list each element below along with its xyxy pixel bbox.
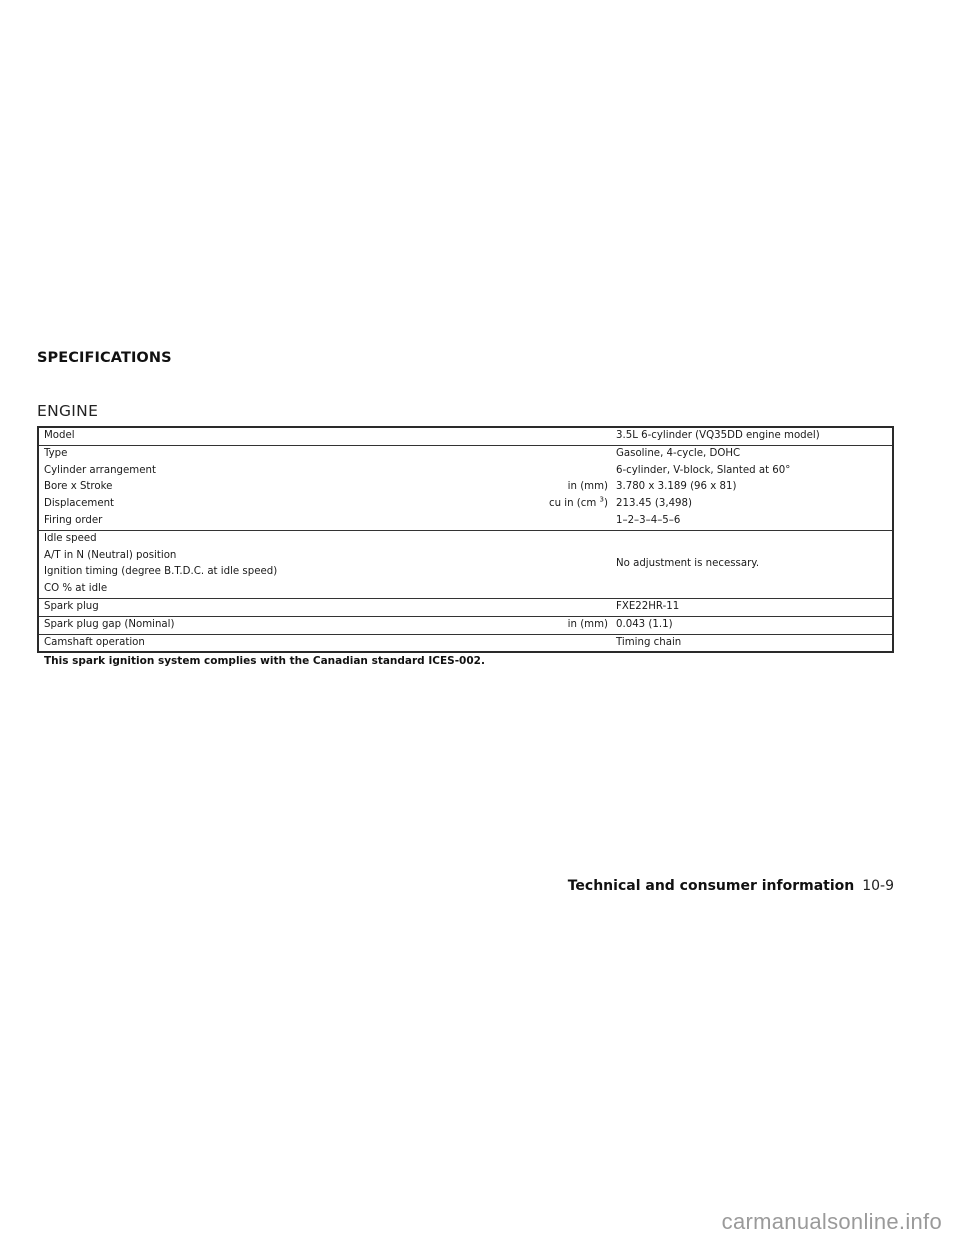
row-label: Spark plug gap (Nominal) — [38, 616, 484, 634]
row-label-idle-speed: Idle speed — [44, 531, 480, 548]
row-unit: in (mm) — [484, 616, 612, 634]
unit-text: ) — [604, 498, 608, 509]
row-value: 0.043 (1.1) — [612, 616, 893, 634]
row-value-firing: 1–2–3–4–5–6 — [616, 513, 888, 530]
compliance-note: This spark ignition system complies with… — [44, 655, 485, 667]
page-footer: Technical and consumer information10-9 — [568, 878, 894, 894]
row-unit-firing — [488, 513, 608, 530]
row-value-bore: 3.780 x 3.189 (96 x 81) — [616, 479, 888, 496]
row-label-type: Type — [44, 446, 480, 463]
row-label: Camshaft operation — [38, 634, 484, 652]
row-unit-bore: in (mm) — [488, 479, 608, 496]
table-row-group-general: Type Cylinder arrangement Bore x Stroke … — [38, 445, 893, 530]
table-row-spark-plug: Spark plug FXE22HR-11 — [38, 598, 893, 616]
unit-text: cu in (cm — [549, 498, 600, 509]
row-value: FXE22HR-11 — [612, 598, 893, 616]
row-value-displacement: 213.45 (3,498) — [616, 496, 888, 513]
table-row-spark-plug-gap: Spark plug gap (Nominal) in (mm) 0.043 (… — [38, 616, 893, 634]
table-row-camshaft: Camshaft operation Timing chain — [38, 634, 893, 652]
table-row-group-idle: Idle speed A/T in N (Neutral) position I… — [38, 530, 893, 598]
footer-chapter-title: Technical and consumer information — [568, 878, 854, 894]
row-unit-displacement: cu in (cm 3) — [488, 496, 608, 513]
row-value: Timing chain — [612, 634, 893, 652]
table-row-model: Model 3.5L 6-cylinder (VQ35DD engine mod… — [38, 427, 893, 445]
engine-spec-table: Model 3.5L 6-cylinder (VQ35DD engine mod… — [37, 426, 894, 653]
row-label: Model — [38, 427, 484, 445]
subsection-title: ENGINE — [37, 402, 98, 420]
row-label-ignition-timing: Ignition timing (degree B.T.D.C. at idle… — [44, 564, 480, 581]
row-label-firing: Firing order — [44, 513, 480, 530]
row-unit-cylinder — [488, 463, 608, 480]
row-label-displacement: Displacement — [44, 496, 480, 513]
watermark: carmanualsonline.info — [722, 1209, 942, 1235]
row-value: 3.5L 6-cylinder (VQ35DD engine model) — [612, 427, 893, 445]
row-label-bore: Bore x Stroke — [44, 479, 480, 496]
row-label-co-idle: CO % at idle — [44, 581, 480, 598]
section-title: SPECIFICATIONS — [37, 350, 172, 366]
row-unit-type — [488, 446, 608, 463]
row-value-cylinder: 6-cylinder, V-block, Slanted at 60° — [616, 463, 888, 480]
row-value-type: Gasoline, 4-cycle, DOHC — [616, 446, 888, 463]
row-label: Spark plug — [38, 598, 484, 616]
row-label-at-neutral: A/T in N (Neutral) position — [44, 548, 480, 565]
row-unit — [484, 427, 612, 445]
row-value-idle-group: No adjustment is necessary. — [612, 530, 893, 598]
row-label-cylinder: Cylinder arrangement — [44, 463, 480, 480]
page-number: 10-9 — [862, 878, 894, 894]
